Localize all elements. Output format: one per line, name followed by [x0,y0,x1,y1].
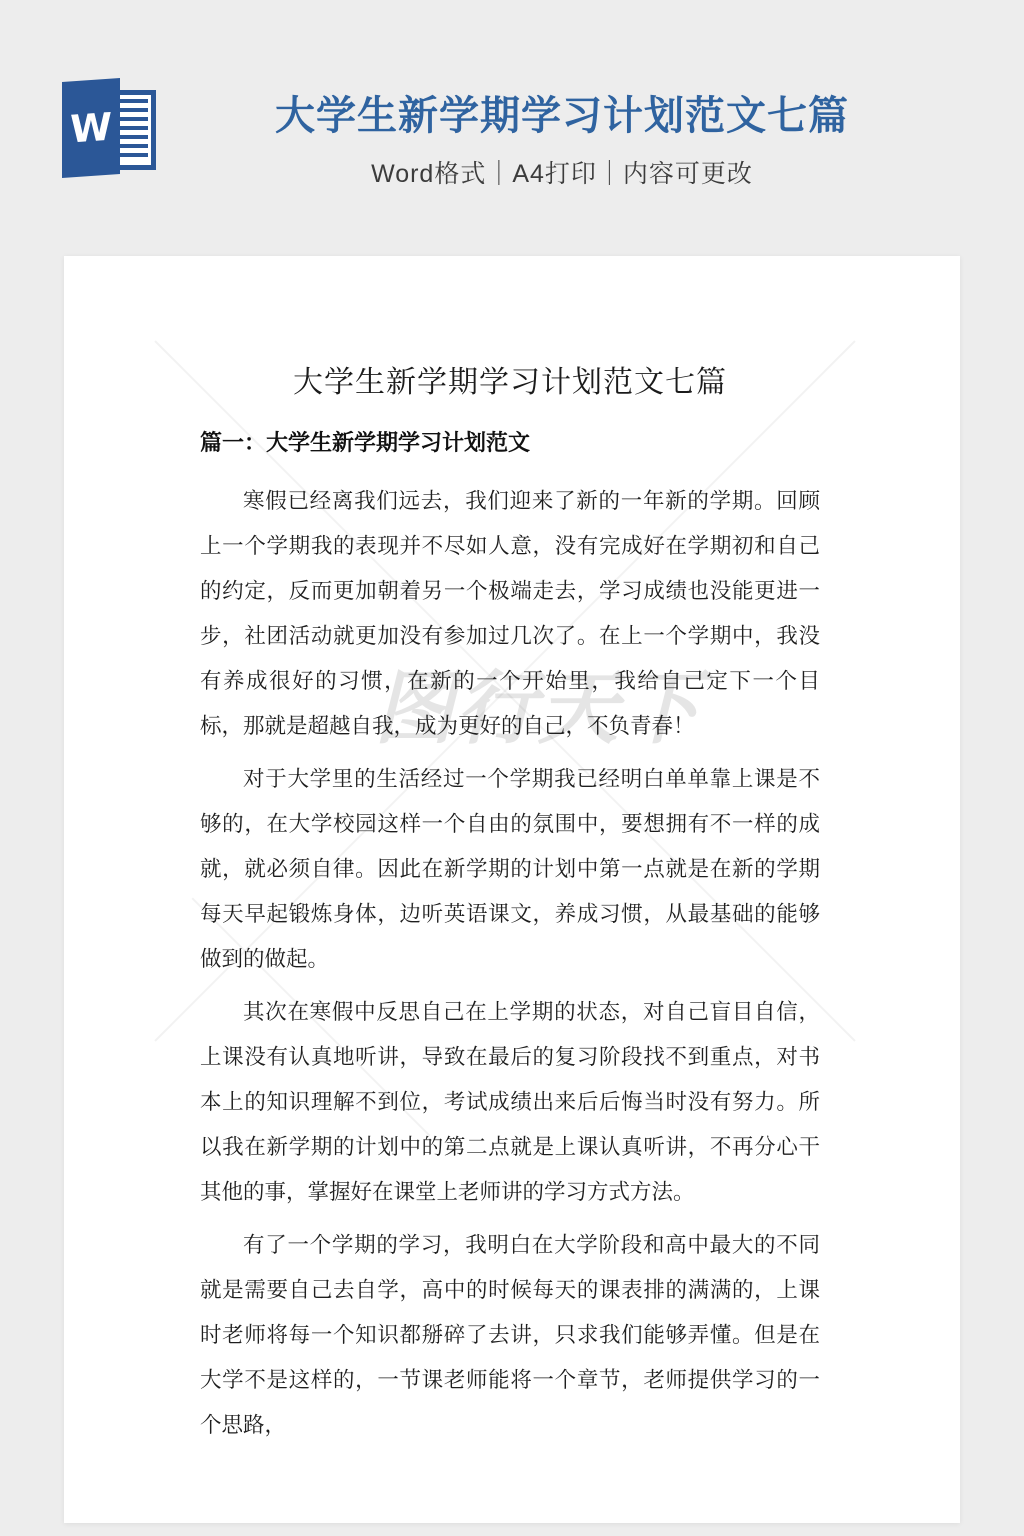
paragraph: 其次在寒假中反思自己在上学期的状态，对自己盲目自信，上课没有认真地听讲，导致在最… [200,990,820,1215]
format-subtitle: Word格式｜A4打印｜内容可更改 [110,154,1014,190]
word-icon-letter: W [70,108,112,149]
document-page: 图行天下 大学生新学期学习计划范文七篇 篇一：大学生新学期学习计划范文 寒假已经… [64,256,960,1523]
document-content: 大学生新学期学习计划范文七篇 篇一：大学生新学期学习计划范文 寒假已经离我们远去… [64,362,960,1448]
paragraph: 有了一个学期的学习，我明白在大学阶段和高中最大的不同就是需要自己去自学，高中的时… [200,1223,820,1448]
site-header: W 大学生新学期学习计划范文七篇 Word格式｜A4打印｜内容可更改 [0,0,1024,256]
header-text-block: 大学生新学期学习计划范文七篇 Word格式｜A4打印｜内容可更改 [110,92,1014,190]
document-title: 大学生新学期学习计划范文七篇 [200,362,820,404]
section-heading: 篇一：大学生新学期学习计划范文 [200,427,820,459]
paragraph: 寒假已经离我们远去，我们迎来了新的一年新的学期。回顾上一个学期我的表现并不尽如人… [200,479,820,749]
paragraph: 对于大学里的生活经过一个学期我已经明白单单靠上课是不够的，在大学校园这样一个自由… [200,757,820,982]
document-body: 寒假已经离我们远去，我们迎来了新的一年新的学期。回顾上一个学期我的表现并不尽如人… [200,479,820,1448]
page-title: 大学生新学期学习计划范文七篇 [110,92,1014,140]
